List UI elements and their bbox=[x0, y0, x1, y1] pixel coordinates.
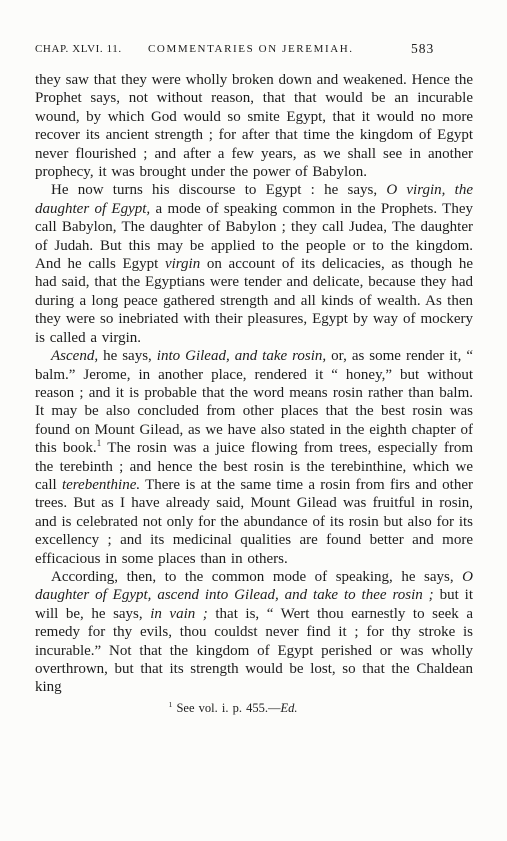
footnote: 1 See vol. i. p. 455.—Ed. bbox=[35, 700, 473, 716]
italic-text-segment: Ascend, bbox=[51, 348, 98, 364]
text-segment: they saw that they were wholly broken do… bbox=[35, 72, 473, 180]
page-number: 583 bbox=[411, 41, 434, 57]
italic-text-segment: in vain ; bbox=[150, 606, 208, 622]
book-page: CHAP. XLVI. 11. COMMENTARIES ON JEREMIAH… bbox=[0, 0, 507, 841]
paragraph-4: According, then, to the common mode of s… bbox=[35, 568, 473, 697]
paragraph-2: He now turns his discourse to Egypt : he… bbox=[35, 181, 473, 347]
text-segment: He now turns his discourse to Egypt : he… bbox=[51, 182, 386, 198]
text-segment: he says, bbox=[98, 348, 157, 364]
italic-text-segment: Ed. bbox=[280, 701, 297, 715]
paragraph-1: they saw that they were wholly broken do… bbox=[35, 71, 473, 181]
running-title: COMMENTARIES ON JEREMIAH. bbox=[148, 43, 354, 55]
text-segment: According, then, to the common mode of s… bbox=[51, 569, 462, 585]
chapter-label: CHAP. XLVI. 11. bbox=[35, 43, 122, 55]
paragraph-3: Ascend, he says, into Gilead, and take r… bbox=[35, 347, 473, 568]
running-header: CHAP. XLVI. 11. COMMENTARIES ON JEREMIAH… bbox=[0, 41, 507, 59]
page-body: they saw that they were wholly broken do… bbox=[35, 71, 473, 716]
italic-text-segment: virgin bbox=[165, 256, 200, 272]
text-segment: See vol. i. p. 455.— bbox=[172, 701, 280, 715]
italic-text-segment: terebenthine. bbox=[62, 477, 140, 493]
italic-text-segment: into Gilead, and take rosin, bbox=[157, 348, 326, 364]
